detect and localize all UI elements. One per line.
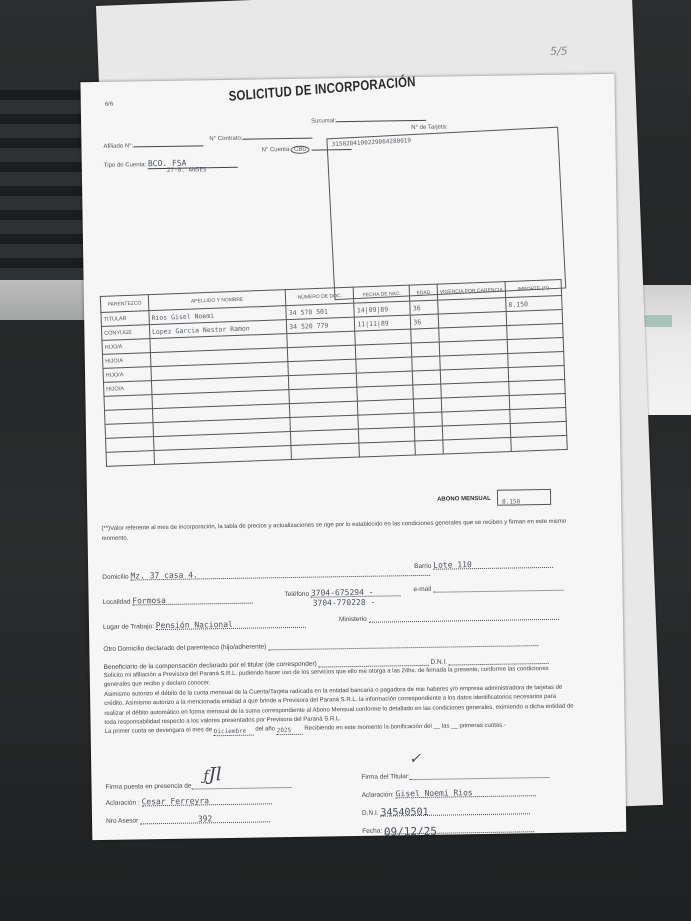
first-installment-month: Diciembre [214, 726, 254, 736]
telefono-field[interactable]: Teléfono 3704-675294 - [284, 587, 401, 598]
corner-page-note: 5/5 [550, 45, 568, 58]
tipo-cuenta-note: 27-0. ANSES [167, 166, 207, 174]
abono-mensual-value[interactable]: 8.150 [497, 489, 551, 506]
cbu-circled: CBU [291, 146, 310, 154]
cell-parentesco [106, 451, 154, 467]
form-code: 6/6 [105, 102, 113, 108]
column-header: EDAD [409, 284, 437, 301]
cell-edad[interactable] [415, 426, 443, 441]
first-installment-year: 2025 [277, 726, 303, 735]
background-plastic-sleeve [0, 280, 95, 320]
cell-doc[interactable] [291, 443, 360, 459]
beneficiario-dni-label: D.N.I. [430, 659, 447, 666]
cell-edad[interactable] [414, 412, 442, 427]
cell-edad[interactable]: 36 [410, 300, 438, 315]
telefono-secondary: 3704-770228 - [313, 598, 376, 608]
cell-edad[interactable] [413, 384, 441, 399]
cell-edad[interactable] [412, 356, 440, 371]
cell-edad[interactable] [412, 342, 440, 357]
cell-edad[interactable] [413, 370, 441, 385]
column-header: PARENTEZCO [100, 295, 148, 313]
form-page: 5/5 6/6 SOLICITUD DE INCORPORACIÓN Sucur… [80, 26, 627, 840]
tarjeta-label: N° de Tarjeta: [411, 124, 447, 131]
members-table: PARENTEZCOAPELLIDO Y NOMBRENÚMERO DE DOC… [100, 279, 568, 467]
cell-importe[interactable] [511, 435, 567, 451]
cbu-value: 3150204100229064280019 [332, 137, 412, 148]
abono-mensual-label: ABONO MENSUAL [437, 496, 491, 503]
legal-text: Solicito mi afiliación a Previsora del P… [104, 665, 575, 738]
cell-nac[interactable] [359, 441, 415, 457]
card-number-box[interactable]: 3150204100229064280019 [326, 127, 566, 301]
cell-edad[interactable]: 36 [411, 314, 439, 329]
cell-edad[interactable] [415, 440, 443, 455]
cell-edad[interactable] [411, 328, 439, 343]
cell-edad[interactable] [414, 398, 442, 413]
cell-vigencia[interactable] [443, 437, 512, 453]
titular-signature: ✓ [409, 751, 421, 767]
witness-signature: ƒJl [203, 764, 221, 785]
